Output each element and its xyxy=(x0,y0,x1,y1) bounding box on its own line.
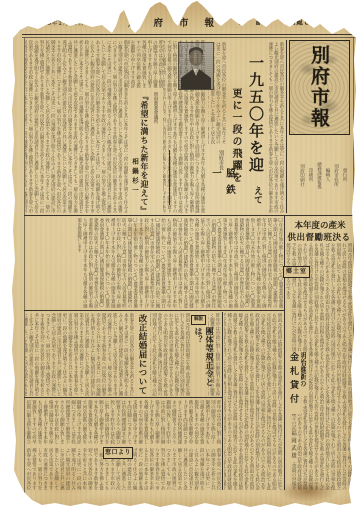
publication-info-line: 編輯人 xyxy=(323,139,332,211)
publication-info-line: 發行所 xyxy=(340,139,349,211)
ordinance-headline: 團体等規正令とは？ xyxy=(194,327,216,399)
kyodo-section-label-box: 鄕土室 xyxy=(283,266,310,278)
publication-info-line: 別府市役所 xyxy=(331,139,340,211)
greeting-headline: 『希望に満ちた新年を迎えて』 xyxy=(140,92,151,214)
issue-date: 昭和25年1月24日 xyxy=(30,18,84,27)
masthead-title: 別府市報 xyxy=(306,45,333,129)
lead-headline: 一九五〇年を迎 xyxy=(246,55,267,185)
section-divider-h xyxy=(24,310,284,311)
article-text-block: ◯年末年始の催し物について◯農業委員會選擧の期日◯國民健康保險税の納期◯建築物の… xyxy=(25,218,283,308)
section-divider-h xyxy=(24,397,222,398)
publication-info-line: 印刷所 xyxy=(306,139,315,211)
lead-author-title: 別府市長 xyxy=(218,150,225,170)
circulate-notice: 回覧して下さい xyxy=(288,16,341,27)
article-text-block: 新春を迎へ市民各位の御多幸を祈ると共に本年こそは更に一段の飛躍を遂げ明るく住みよ… xyxy=(25,313,134,396)
lead-article-text: 新春を迎へ市民各位の御多幸を祈ると共に本年こそは更に一段の飛躍を遂げ明るく住みよ… xyxy=(268,42,284,213)
ordinance-label-box: 解說 xyxy=(191,315,206,325)
torn-paper-sheet: 昭和25年1月24日 別府市報 回覧して下さい 別府市報 發行所 別府市役所 編… xyxy=(0,0,364,512)
article-text-block: 昨年中は市政に對し格別の御協力を賜り厚く御禮申上げます本年も引續き各種の施策を實… xyxy=(128,40,163,88)
masthead-separator-line xyxy=(286,40,287,213)
kyodo-author: 福岡武雄 xyxy=(289,430,297,462)
lead-headline-small: えて xyxy=(251,186,264,204)
publication-info-line: 總務課廣報係 xyxy=(314,139,323,211)
issue-stamp-mark xyxy=(239,21,243,25)
newspaper-name: 別府市報 xyxy=(128,15,230,29)
kyodo-headline-line2: 金札貸付 xyxy=(286,352,301,414)
marriage-headline: 改正結婚届について xyxy=(136,314,148,398)
article-text-block: 昨年中は市政に對し格別の御協力を賜り厚く御禮申上げます本年も引續き各種の施策を實… xyxy=(25,400,221,444)
article-text-block: 新春を迎へ市民各位の御多幸を祈ると共に本年こそは更に一段の飛躍を遂げ明るく住みよ… xyxy=(25,40,128,213)
section-divider-h xyxy=(24,215,353,216)
column-divider-v xyxy=(284,215,285,490)
rice-headline-line2: 供出督勵班決る xyxy=(286,231,352,243)
article-text-block: 明治元年政府は財政窮乏を救ふ爲金札を發行し之を各藩に貸付けたが當時の別府地方に於… xyxy=(150,313,190,396)
scanned-newspaper-page: 昭和25年1月24日 別府市報 回覧して下さい 別府市報 發行所 別府市役所 編… xyxy=(0,0,364,512)
publication-info-line: 別府印刷社 xyxy=(297,139,306,211)
publication-info: 發行所 別府市役所 編輯人 總務課廣報係 印刷所 別府印刷社 xyxy=(292,139,348,211)
masthead-box: 別府市報 xyxy=(289,40,350,135)
header-rule-bottom xyxy=(22,37,356,38)
page-border-right xyxy=(353,38,354,498)
column-divider-v xyxy=(222,312,223,490)
greeting-kicker: 別府實業會議所 xyxy=(152,92,158,152)
lead-author-name: 脇鉄一 xyxy=(208,168,236,214)
madoguchi-label-box: 窓口より xyxy=(103,447,133,459)
greeting-author: 相鍋杉一 xyxy=(131,158,140,210)
issue-stamp-mark xyxy=(256,21,260,25)
rice-headline-line1: 本年度の產米 xyxy=(288,219,352,231)
article-text-block: 明治元年政府は財政窮乏を救ふ爲金札を發行し之を各藩に貸付けたが當時の別府地方に於… xyxy=(224,313,282,490)
header-rule-top xyxy=(22,34,356,35)
article-separator-line xyxy=(169,150,170,205)
